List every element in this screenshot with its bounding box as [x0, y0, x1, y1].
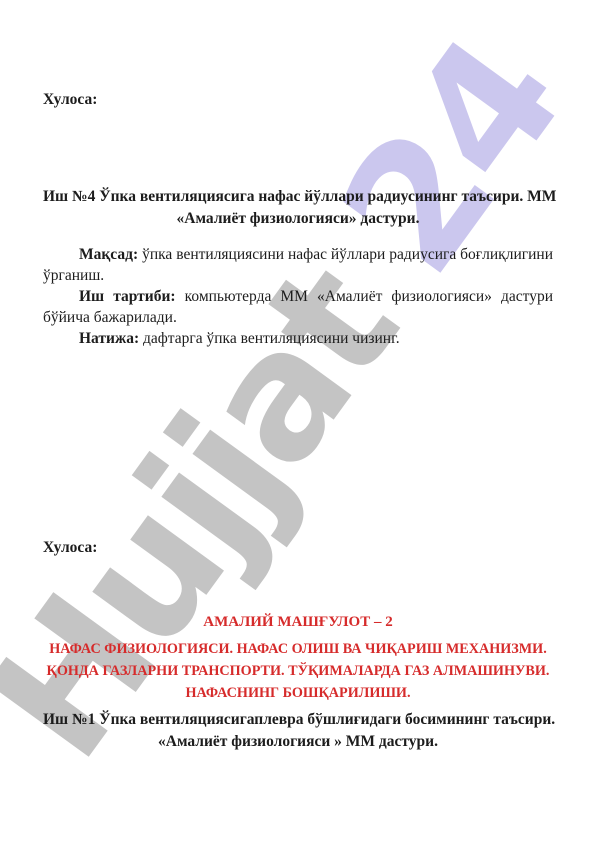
lesson-heading: АМАЛИЙ МАШҒУЛОТ – 2: [43, 611, 553, 633]
document-page: Hujjat 24 Хулоса: Иш №4 Ўпка вентиляцияс…: [0, 0, 596, 842]
work1-title: Иш №1 Ўпка вентиляциясигаплевра бўшлиғид…: [43, 709, 553, 753]
paragraph-natija: Натижа: дафтарга ўпка вентиляциясини чиз…: [43, 328, 553, 349]
lesson-subheading-line-1: НАФАС ФИЗИОЛОГИЯСИ. НАФАС ОЛИШ ВА ЧИҚАРИ…: [43, 638, 553, 660]
work4-title-line2: «Амалиёт физиологияси» дастури.: [43, 208, 553, 230]
paragraph-ish-tartibi: Иш тартиби: компьютерда ММ «Амалиёт физи…: [43, 286, 553, 328]
work1-title-line2: «Амалиёт физиологияси » ММ дастури.: [43, 731, 553, 753]
work4-title: Иш №4 Ўпка вентиляциясига нафас йўллари …: [43, 186, 553, 230]
conclusion-label-1: Хулоса:: [43, 89, 553, 110]
paragraph-ish-tartibi-label: Иш тартиби:: [79, 288, 176, 305]
work4-title-line1: Иш №4 Ўпка вентиляциясига нафас йўллари …: [43, 186, 553, 208]
conclusion-label-2: Хулоса:: [43, 537, 553, 558]
paragraph-natija-text: дафтарга ўпка вентиляциясини чизинг.: [139, 330, 399, 347]
body-paragraphs: Мақсад: ўпка вентиляциясини нафас йўллар…: [43, 244, 553, 349]
lesson-subheading: НАФАС ФИЗИОЛОГИЯСИ. НАФАС ОЛИШ ВА ЧИҚАРИ…: [43, 638, 553, 704]
lesson-subheading-line-3: НАФАСНИНГ БОШҚАРИЛИШИ.: [43, 682, 553, 704]
paragraph-natija-label: Натижа:: [79, 330, 139, 347]
work1-title-line1: Иш №1 Ўпка вентиляциясигаплевра бўшлиғид…: [43, 709, 553, 731]
paragraph-maqsad-label: Мақсад:: [79, 246, 138, 263]
paragraph-maqsad: Мақсад: ўпка вентиляциясини нафас йўллар…: [43, 244, 553, 286]
lesson-subheading-line-2: ҚОНДА ГАЗЛАРНИ ТРАНСПОРТИ. ТЎҚИМАЛАРДА Г…: [43, 660, 553, 682]
